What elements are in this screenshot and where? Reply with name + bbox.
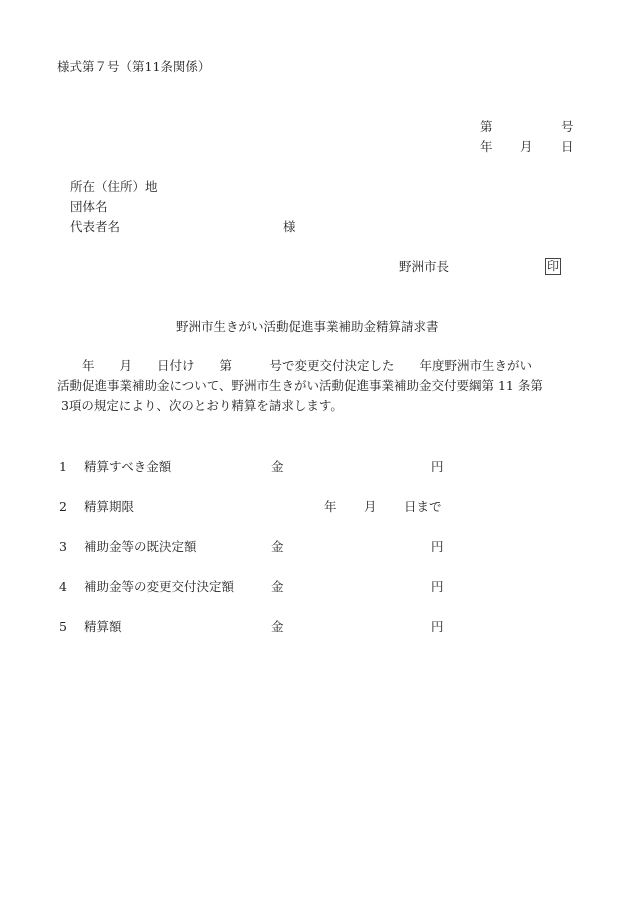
- item-suffix: 円: [431, 579, 444, 595]
- item-suffix: 円: [431, 459, 444, 475]
- item-number: 2: [59, 499, 67, 515]
- seal-mark: 印: [545, 258, 561, 275]
- item-prefix: 金: [271, 539, 284, 555]
- representative-label: 代表者名: [70, 219, 120, 235]
- item-year: 年: [324, 499, 337, 515]
- reference-year: 年: [480, 139, 493, 155]
- form-header: 様式第７号（第11条関係）: [57, 59, 210, 75]
- honorific: 様: [283, 219, 296, 235]
- item-month: 月: [364, 499, 377, 515]
- body-line-1: 年 月 日付け 第 号で変更交付決定した 年度野洲市生きがい: [57, 358, 532, 373]
- item-suffix: 円: [431, 539, 444, 555]
- reference-month: 月: [520, 139, 533, 155]
- item-prefix: 金: [271, 579, 284, 595]
- reference-number-suffix: 号: [561, 119, 574, 135]
- item-prefix: 金: [271, 459, 284, 475]
- body-line-2: 活動促進事業補助金について、野洲市生きがい活動促進事業補助金交付要綱第 11 条…: [57, 378, 543, 393]
- item-suffix: 円: [431, 619, 444, 635]
- issuer-name: 野洲市長: [399, 259, 449, 275]
- organization-label: 団体名: [70, 199, 108, 215]
- item-suffix: 日まで: [404, 499, 442, 515]
- item-label: 精算期限: [84, 499, 134, 515]
- item-number: 5: [59, 619, 67, 635]
- item-label: 精算すべき金額: [84, 459, 171, 475]
- item-prefix: 金: [271, 619, 284, 635]
- item-number: 3: [59, 539, 67, 555]
- document-title: 野洲市生きがい活動促進事業補助金精算請求書: [176, 319, 439, 335]
- item-number: 1: [59, 459, 67, 475]
- item-label: 補助金等の変更交付決定額: [84, 579, 234, 595]
- body-line-3: 3項の規定により、次のとおり精算を請求します。: [57, 398, 343, 413]
- item-label: 精算額: [84, 619, 122, 635]
- item-label: 補助金等の既決定額: [84, 539, 197, 555]
- reference-number-prefix: 第: [480, 119, 493, 135]
- reference-day: 日: [561, 139, 574, 155]
- item-number: 4: [59, 579, 67, 595]
- body-paragraph: 年 月 日付け 第 号で変更交付決定した 年度野洲市生きがい 活動促進事業補助金…: [57, 356, 577, 416]
- address-label: 所在（住所）地: [70, 179, 158, 195]
